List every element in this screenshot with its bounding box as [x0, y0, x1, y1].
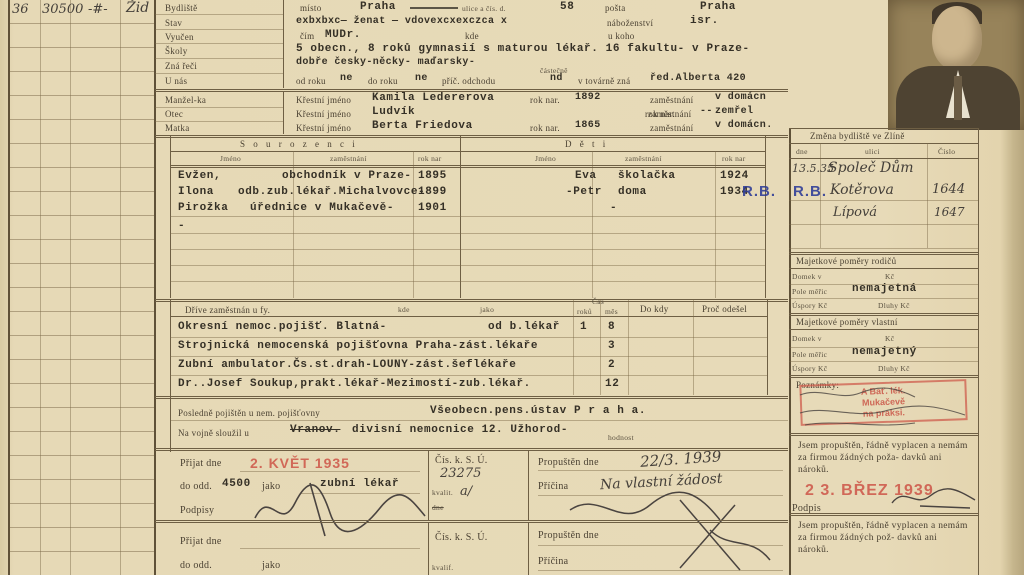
col-header-jmeno: Jméno: [220, 154, 241, 163]
skoly-value: 5 obecn., 8 roků gymnasií s maturou léka…: [296, 43, 750, 55]
zamestnani-label: zaměstnání: [648, 109, 691, 119]
field-label-u-nas: U nás: [165, 76, 187, 86]
employment-row-jako: od b.lékař: [488, 321, 560, 333]
section-rule: [789, 375, 978, 376]
ledger-entry: 30500: [42, 2, 83, 17]
ledger-col-line: [70, 0, 71, 575]
label-value-divider: [283, 0, 284, 88]
section-rule: [155, 135, 788, 136]
table-border: [765, 136, 766, 298]
posta-label: pošta: [605, 3, 626, 13]
rule: [538, 570, 783, 571]
sourozenec-jmeno: -: [178, 220, 185, 232]
dite-zam: školačka: [618, 170, 676, 182]
employment-row-mes: 12: [605, 378, 619, 390]
krestni-jmeno-label: Křestní jméno: [296, 123, 351, 133]
section-rule: [155, 89, 788, 90]
rule: [170, 165, 765, 166]
pojisteni-value: Všeobecn.pens.ústav P r a h a.: [430, 405, 646, 417]
field-label-bydliste: Bydliště: [165, 3, 197, 13]
jako-label: jako: [262, 560, 280, 571]
ledger-col-line: [40, 0, 41, 575]
do-roku-label: do roku: [368, 76, 398, 86]
krestni-jmeno-label: Křestní jméno: [296, 109, 351, 119]
do-odd-label: do odd.: [180, 481, 212, 492]
matka-zam: v domácn.: [715, 120, 773, 131]
employment-row-text: Strojnická nemocenská pojišťovna Praha-z…: [178, 340, 538, 352]
col-header-do-kdy: Do kdy: [640, 304, 669, 314]
cislo-domu-value: 58: [560, 1, 574, 13]
block-divider: [428, 450, 429, 520]
zna-reci-value: dobře česky-něcky- maďarsky-: [296, 57, 475, 68]
field-label-stav: Stav: [165, 18, 182, 28]
matka-rok: 1865: [575, 120, 601, 131]
field-label-zna-reci: Zná řeči: [165, 61, 197, 71]
nabozenstvi-value: isr.: [690, 15, 719, 27]
signature: [890, 478, 980, 513]
struck-text: [410, 7, 458, 9]
podpisy-label: Podpisy: [180, 505, 214, 516]
col-header-proc-odesel: Proč odešel: [702, 304, 747, 314]
zmena-ulice: Kotěrova: [830, 182, 894, 198]
krestni-jmeno-label: Křestní jméno: [296, 95, 351, 105]
rule: [789, 347, 978, 348]
col-header-zamestnani: zaměstnání: [625, 154, 662, 163]
rule: [240, 548, 420, 549]
zmena-cislo: 1644: [932, 182, 965, 197]
col-line: [693, 300, 694, 395]
rule: [170, 249, 765, 250]
prijat-dne-label: Přijat dne: [180, 536, 222, 547]
v-tovarne-zna-label: v továrně zná: [578, 76, 630, 86]
col-header-jmeno: Jméno: [535, 154, 556, 163]
rule: [170, 420, 788, 421]
rule: [240, 471, 420, 472]
rule: [789, 200, 978, 201]
field-label-matka: Matka: [165, 123, 190, 133]
u-koho-label: u koho: [608, 31, 635, 41]
block-divider: [428, 522, 429, 575]
rule: [155, 29, 283, 30]
v-tovarne-zna-value: řed.Alberta 420: [650, 73, 746, 84]
field-label-otec: Otec: [165, 109, 183, 119]
rule: [170, 281, 765, 282]
col-line: [715, 151, 716, 298]
col-header-rok-nar: rok nar: [418, 154, 442, 163]
ledger-entry: 36: [12, 2, 29, 17]
rule: [789, 361, 978, 362]
vojna-value: divisní nemocnice 12. Užhorod-: [352, 424, 568, 436]
col-header-kde: kde: [398, 305, 410, 314]
zamestnani-label: zaměstnání: [650, 123, 693, 133]
handwriting-overlay: [795, 385, 975, 430]
propusten-dne-value: 22/3. 1939: [639, 447, 721, 471]
ledger-grid: [8, 0, 156, 575]
rule: [789, 143, 978, 144]
col-line: [413, 151, 414, 298]
rule: [155, 43, 283, 44]
dite-zam: doma: [618, 186, 647, 198]
sourozenec-jmeno: Ilona: [178, 186, 214, 198]
rule: [789, 268, 978, 269]
block-divider: [528, 450, 529, 520]
sourozenec-rok: 1895: [418, 170, 447, 182]
do-odd-value: 4500: [222, 478, 251, 490]
uspory-label: Úspory Kč: [792, 301, 827, 310]
otec-jmeno: Ludvík: [372, 106, 415, 118]
zmena-bydliste-title: Změna bydliště ve Zlíně: [810, 131, 905, 141]
kvalif-label: kvalif.: [432, 563, 453, 572]
field-label-skoly: Školy: [165, 46, 188, 56]
dluhy-label: Dluhy Kč: [878, 301, 910, 310]
majetkove-vlastni-title: Majetkové poměry vlastní: [796, 317, 898, 327]
employment-row-mes: 3: [608, 340, 615, 352]
panel-border: [789, 128, 791, 575]
rule: [538, 470, 783, 471]
pricina-label: Příčina: [538, 556, 568, 567]
pojisteni-label: Posledně pojištěn u nem. pojišťovny: [178, 408, 320, 418]
photo-tie: [954, 76, 962, 120]
dite-rok: 1924: [720, 170, 749, 182]
cim-value: MUDr.: [325, 29, 361, 41]
cis-ksu-label: Čís. k. S. Ú.: [435, 532, 488, 543]
sourozenec-rok: 1899: [418, 186, 447, 198]
table-border: [460, 136, 461, 298]
stav-value: exbxbxc— ženat — vdovexcxexczca x: [296, 16, 507, 27]
col-header-zamestnani: zaměstnání: [330, 154, 367, 163]
rb-stamp: R.B.: [793, 183, 827, 200]
do-odd-label: do odd.: [180, 560, 212, 571]
zmena-ulice: Společ Dům: [828, 160, 914, 176]
rule: [789, 329, 978, 330]
rule: [170, 375, 767, 376]
section-rule: [789, 252, 978, 253]
col-header-dne: dne: [796, 147, 808, 156]
propusten-dne-label: Propuštěn dne: [538, 530, 599, 541]
table-border: [767, 300, 768, 395]
employment-row-mes: 2: [608, 359, 615, 371]
col-line: [573, 300, 574, 395]
hodnost-label: hodnost: [608, 433, 634, 442]
manzelka-zam: v domácn: [715, 92, 766, 103]
otec-rok: --: [700, 106, 713, 117]
rb-stamp: R.B.: [742, 183, 776, 200]
do-roku-value: ne: [415, 73, 428, 84]
col-header-roku: roků: [577, 307, 592, 316]
uspory-label: Úspory Kč: [792, 364, 827, 373]
pric-odchodu-value: nd: [550, 73, 563, 84]
rule: [789, 284, 978, 285]
matka-jmeno: Berta Friedova: [372, 120, 473, 132]
col-header-cas: Čas: [592, 297, 604, 306]
block-divider: [528, 522, 529, 575]
kc-label: Kč: [885, 272, 894, 281]
field-label-manzelka: Manžel-ka: [165, 95, 206, 105]
otec-zam: zemřel: [715, 106, 753, 117]
col-header-jako: jako: [480, 305, 494, 314]
rule: [538, 545, 783, 546]
domek-label: Domek v: [792, 272, 822, 281]
rule: [170, 337, 767, 338]
employment-row-text: Dr..Josef Soukup,prakt.lékař-Mezimostí-z…: [178, 378, 531, 390]
ledger-entry: Žid: [126, 0, 149, 16]
sourozenec-zam: odb.zub.lékař.Michalvovce-: [238, 186, 425, 198]
table-border: [170, 300, 171, 452]
pric-odchodu-label: příč. odchodu: [442, 76, 495, 86]
panel-border: [789, 128, 978, 129]
ulice-label: ulice a čís. d.: [462, 4, 506, 13]
employment-row-text: Zubní ambulator.Čs.st.drah-LOUNY-zást.še…: [178, 359, 516, 371]
personnel-card-scan: 36 30500 -#- Žid Bydliště Stav Vyučen Šk…: [0, 0, 1024, 575]
rule: [789, 298, 978, 299]
rule: [170, 151, 765, 152]
prijat-date-stamp: 2. KVĚT 1935: [250, 455, 350, 471]
zmena-ulice: Lípová: [833, 205, 877, 220]
dite-jmeno: -: [610, 202, 617, 214]
ledger-col-line: [120, 0, 121, 575]
domek-label: Domek v: [792, 334, 822, 343]
portrait-photo: [888, 0, 1024, 130]
rok-nar-label: rok nar.: [530, 123, 560, 133]
table-border: [170, 136, 171, 298]
majetkove-rodicu-title: Majetkové poměry rodičů: [796, 256, 896, 266]
od-roku-label: od roku: [296, 76, 326, 86]
sourozenec-zam: obchodník v Praze-: [282, 170, 412, 182]
dite-jmeno: Eva: [575, 170, 597, 182]
col-header-ulici: ulici: [865, 147, 880, 156]
sourozenec-zam: úřednice v Mukačevě-: [250, 202, 394, 214]
rule: [155, 107, 283, 108]
col-line: [628, 300, 629, 395]
prijat-dne-label: Přijat dne: [180, 458, 222, 469]
vojna-label: Na vojně sloužil u: [178, 428, 249, 438]
rule: [170, 216, 765, 217]
field-label-vyucen: Vyučen: [165, 32, 194, 42]
rule: [155, 73, 283, 74]
propusteni-text: Jsem propuštěn, řádně vyplacen a nemám z…: [798, 520, 970, 556]
section-rule: [789, 513, 978, 514]
signature: [250, 478, 430, 538]
rule: [789, 248, 978, 249]
pole-label: Pole měřic: [792, 287, 827, 296]
cis-ksu-label: Čís. k. S. Ú.: [435, 455, 488, 466]
sourozenec-jmeno: Pirožka: [178, 202, 228, 214]
photo-face: [932, 6, 982, 70]
od-roku-value: ne: [340, 73, 353, 84]
col-header-mes: měs: [605, 307, 618, 316]
pole-label: Pole měřic: [792, 350, 827, 359]
section-rule: [789, 433, 978, 434]
rule: [170, 265, 765, 266]
section-rule: [155, 396, 788, 397]
manzelka-jmeno: Kamila Ledererova: [372, 92, 494, 104]
manzelka-rok: 1892: [575, 92, 601, 103]
col-header-rok-nar: rok nar: [722, 154, 746, 163]
rok-nar-label: rok nar.: [530, 95, 560, 105]
sourozenci-title: S o u r o z e n c i: [240, 139, 358, 149]
dluhy-label: Dluhy Kč: [878, 364, 910, 373]
col-header-cislo: Číslo: [938, 147, 955, 156]
kvalif-value: a/: [460, 484, 472, 499]
rule: [155, 121, 283, 122]
zamestnani-label: zaměstnání: [650, 95, 693, 105]
section-rule: [789, 313, 978, 314]
rule: [155, 58, 283, 59]
section-rule: [155, 520, 788, 521]
propusteni-text: Jsem propuštěn, řádně vyplacen a nemám z…: [798, 440, 970, 476]
kc-label: Kč: [885, 334, 894, 343]
deti-title: D ě t i: [565, 139, 608, 149]
employment-row-roku: 1: [580, 321, 587, 333]
zmena-cislo: 1647: [934, 205, 965, 219]
form-left-border: [154, 0, 156, 575]
ledger-entry: -#-: [88, 2, 108, 17]
cim-label: čím: [300, 31, 314, 41]
misto-value: Praha: [360, 1, 396, 13]
label-value-divider: [283, 92, 284, 134]
nabozenstvi-label: náboženství: [607, 18, 653, 28]
rule: [789, 224, 978, 225]
dite-jmeno: -Petr: [566, 186, 602, 198]
propusten-dne-label: Propuštěn dne: [538, 457, 599, 468]
misto-label: místo: [300, 3, 322, 13]
col-header-fy: Dříve zaměstnán u fy.: [185, 305, 270, 315]
vojna-struck-value: Vranov.: [290, 424, 340, 436]
rule: [170, 233, 765, 234]
employment-row-text: Okresní nemoc.pojišť. Blatná-: [178, 321, 387, 333]
sourozenec-jmeno: Evžen,: [178, 170, 221, 182]
rule: [170, 316, 767, 317]
rule: [789, 158, 978, 159]
col-line: [600, 300, 601, 395]
posta-value: Praha: [700, 1, 736, 13]
cis-ksu-value: 23275: [440, 466, 481, 481]
sourozenec-rok: 1901: [418, 202, 447, 214]
dne-label: dne: [432, 503, 444, 512]
kvalif-label: kvalit.: [432, 488, 453, 497]
kde-label: kde: [465, 31, 479, 41]
rule: [170, 356, 767, 357]
employment-row-mes: 8: [608, 321, 615, 333]
rule: [155, 14, 283, 15]
